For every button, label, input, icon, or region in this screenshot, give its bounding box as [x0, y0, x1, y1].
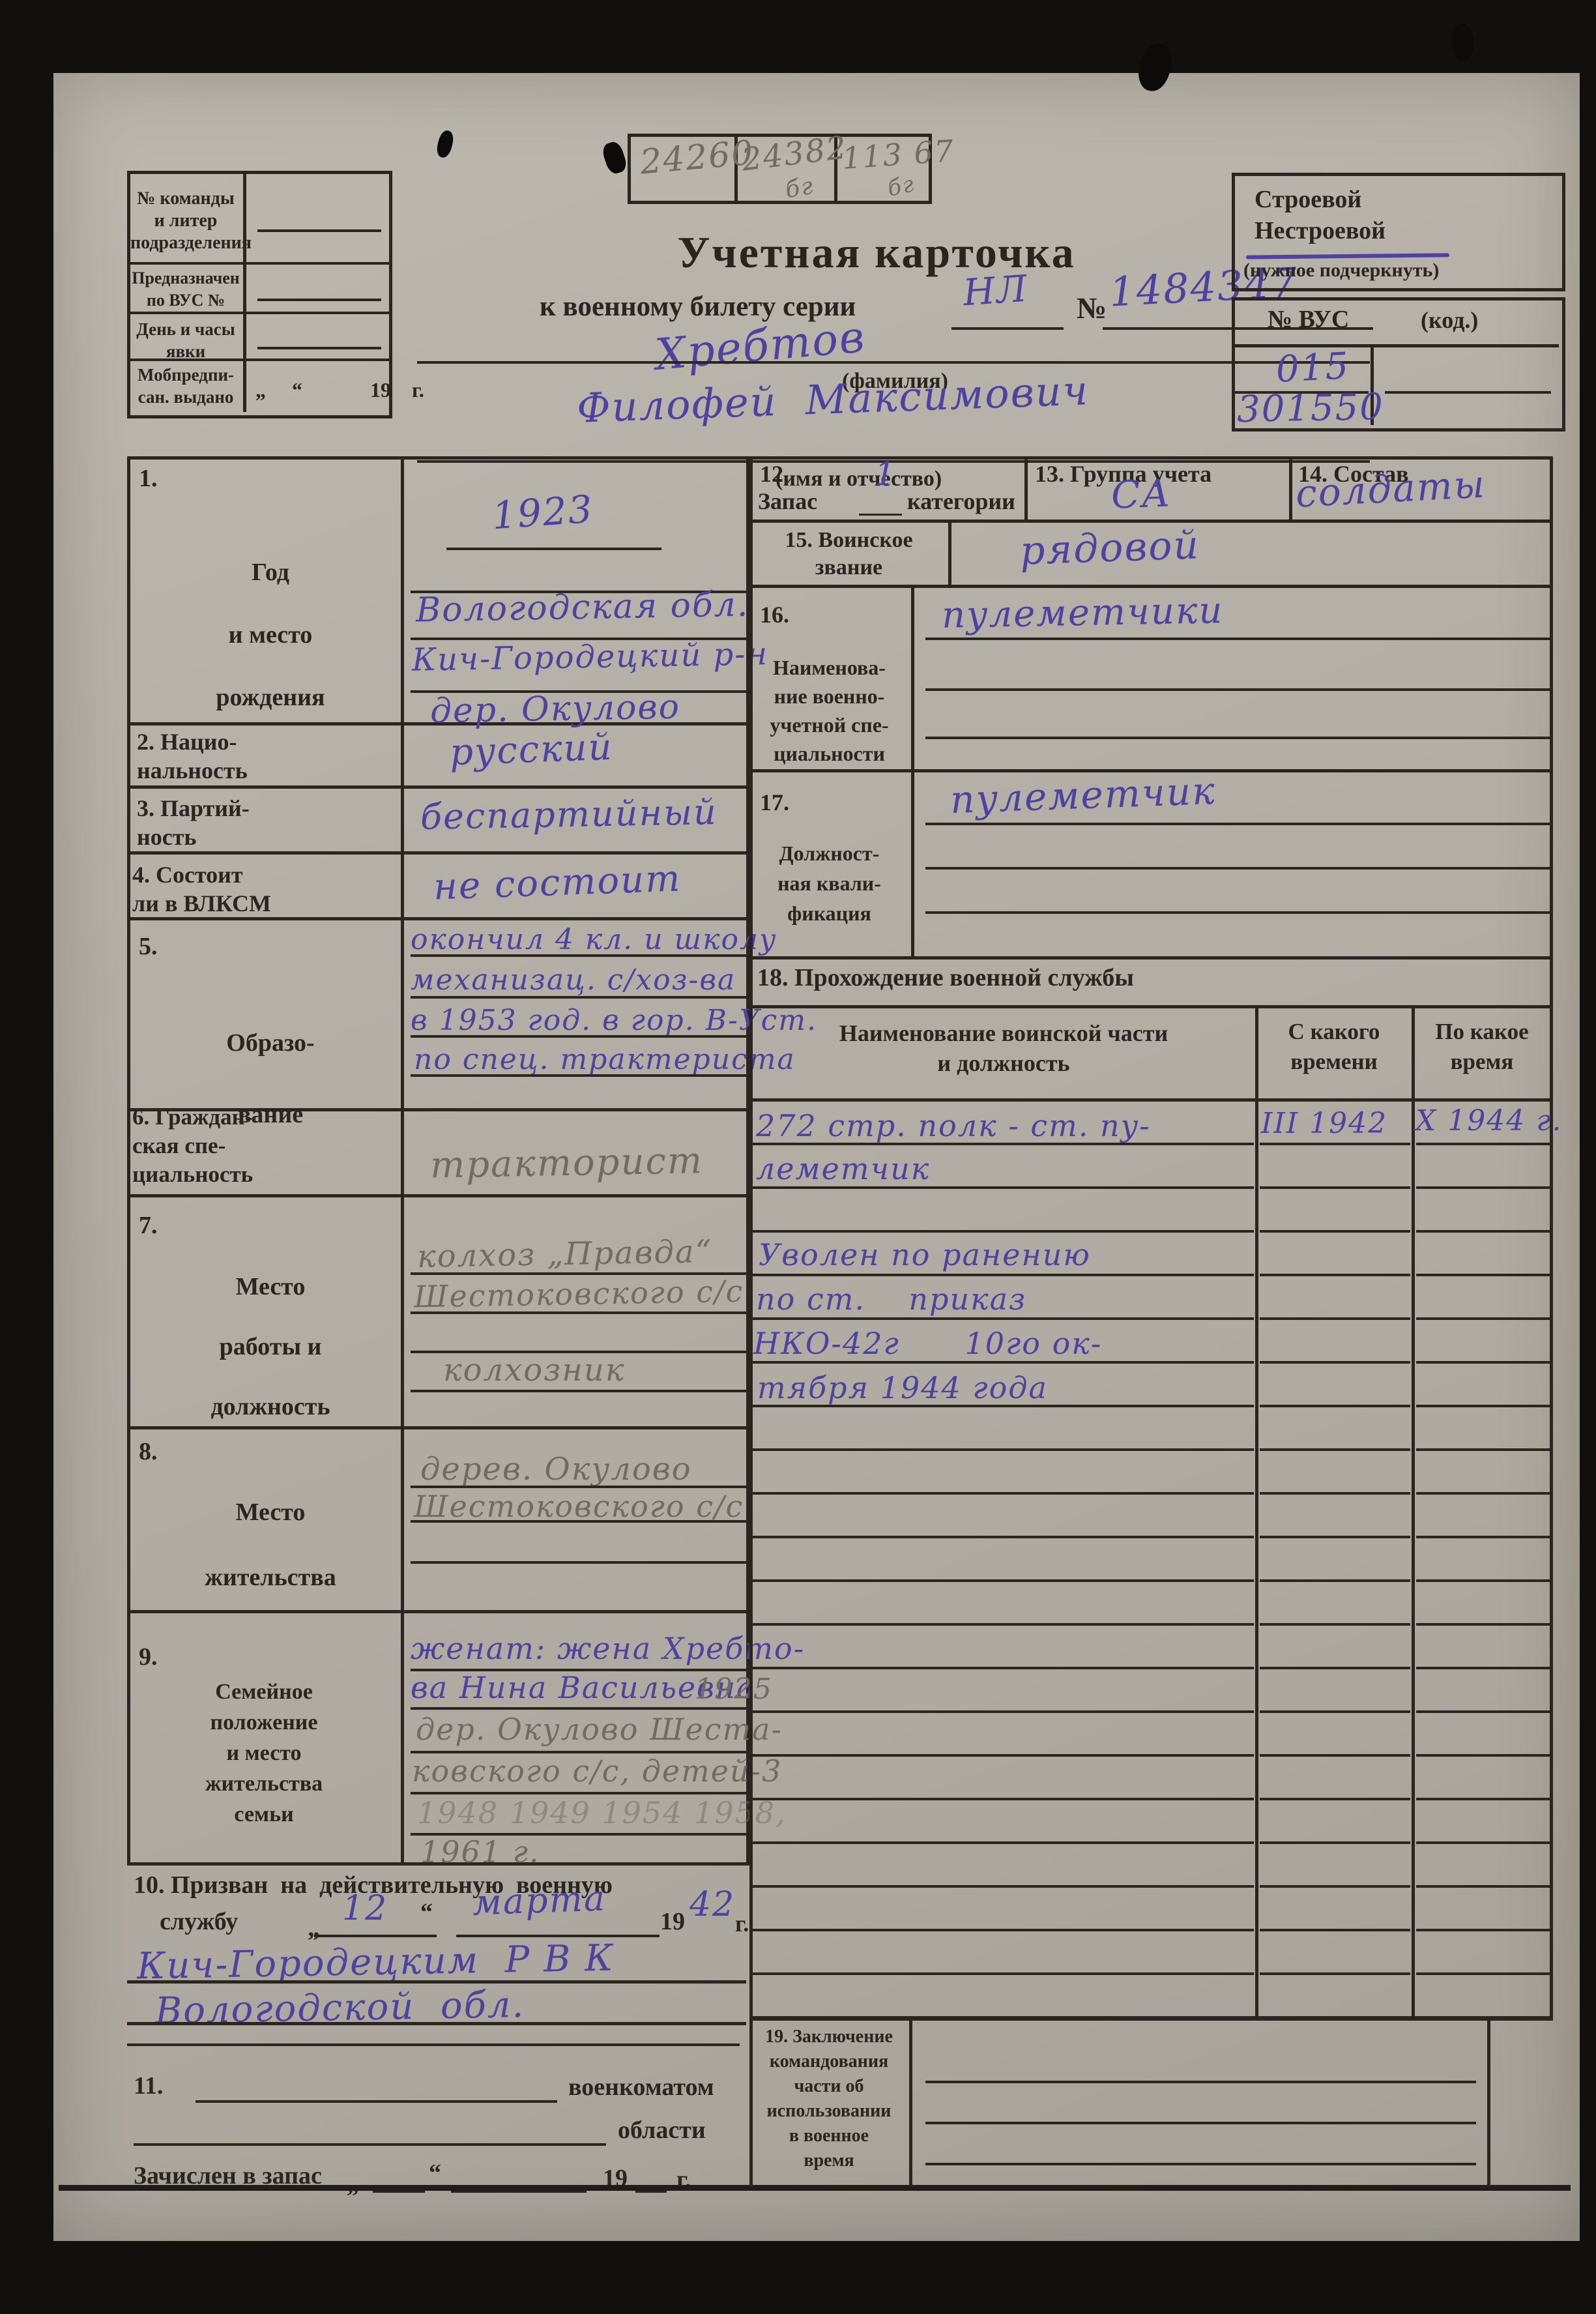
quote-close: “: [420, 1898, 433, 1927]
item15-rank-value: рядовой: [1019, 522, 1200, 574]
label-day-hours: День и часы явки: [130, 318, 241, 362]
registration-card-page: № команды и литер подразделения Предназн…: [0, 0, 1596, 2314]
item7-number: 7.: [139, 1211, 158, 1240]
quote-open: „: [347, 2169, 359, 2198]
item7-position-value: колхозник: [443, 1352, 625, 1388]
item9-children-years: 1948 1949 1954 1958,: [417, 1795, 787, 1830]
card-bottom-border: [59, 2185, 1571, 2191]
item10-month-value: марта: [472, 1877, 607, 1923]
commands-box-line: [127, 262, 389, 265]
series-blank-line: [951, 327, 1064, 330]
underline-note: (нужное подчеркнуть): [1243, 259, 1439, 282]
cell-divider: [1024, 456, 1028, 523]
item5-education-line1: окончил 4 кл. и школу: [411, 923, 777, 956]
item2-label: 2. Нацио- нальность: [137, 727, 411, 785]
discharge-line3: НКО-42г 10го ок-: [753, 1326, 1102, 1361]
blank-line: [411, 1035, 746, 1038]
item9-children-year-last: 1961 г.: [420, 1834, 540, 1869]
blank-line: [925, 2081, 1476, 2083]
mob-issued-date-blank: „ “ 19 г.: [255, 378, 424, 402]
blank-line: [411, 1707, 746, 1710]
item9-family-line4: ковского с/с, детей-3: [412, 1753, 782, 1789]
number-sign: №: [1077, 291, 1107, 325]
item9-family-line3: дер. Окулово Шеста-: [416, 1712, 783, 1747]
item17-label: Должност- ная квали- фикация: [749, 838, 909, 928]
row-border: [749, 585, 1553, 588]
item10-day-value: 12: [342, 1889, 388, 1928]
item7-workplace-line1: колхоз „Правда“: [417, 1233, 713, 1275]
blank-line: [127, 2022, 746, 2025]
item5-number: 5.: [139, 932, 158, 961]
blank-line: [127, 2043, 740, 2046]
item12-label2: категории: [907, 488, 1015, 515]
blank-line: [456, 1935, 660, 1937]
item3-label: 3. Партий- ность: [137, 794, 411, 851]
item8-residence-line2: Шестоковского с/с: [414, 1489, 744, 1524]
blank-line: [411, 1520, 746, 1523]
item9-label: Семейное положение и место жительства се…: [134, 1677, 394, 1830]
item11-voenkomat: военкоматом: [568, 2073, 714, 2102]
blank-line: [127, 1980, 746, 1984]
item8-number: 8.: [139, 1437, 158, 1466]
table-rules-col1: [751, 1102, 1254, 1976]
item16-vus-name-value: пулеметчики: [941, 589, 1224, 637]
quote-close: “: [429, 2159, 441, 2188]
blank-line: [411, 1311, 746, 1314]
combatant-option: Строевой: [1255, 185, 1361, 214]
blank-line: [411, 1486, 746, 1488]
item5-education-line4: по спец. трактериста: [414, 1043, 796, 1076]
row-border: [127, 1194, 749, 1197]
item10-year-value: 42: [689, 1885, 735, 1924]
blank-line: [925, 823, 1550, 825]
section18-title: 18. Прохождение военной службы: [757, 963, 1134, 992]
item6-label: 6. Граждан- ская спе- циальность: [132, 1103, 413, 1189]
noncombatant-option: Нестроевой: [1255, 216, 1386, 245]
table-col-divider: [1255, 1005, 1258, 2019]
row-border: [127, 785, 749, 789]
item1-label: Год и место рождения: [150, 541, 391, 729]
item7-label: Место работы и должность: [150, 1257, 391, 1437]
item16-label: Наименова- ние военно- учетной спе- циал…: [749, 653, 909, 768]
item10-year-suffix: г.: [735, 1910, 749, 1937]
discharge-line2: по ст. приказ: [756, 1281, 1026, 1317]
item13-group-value: СА: [1110, 471, 1172, 517]
blank-line: [411, 1561, 746, 1564]
item8-label: Место жительства: [150, 1480, 391, 1610]
table-rules-col3: [1416, 1102, 1550, 1976]
row-border: [127, 851, 749, 855]
vus-line: [1385, 391, 1551, 394]
label-mob-issued: Мобпредпи- сан. выдано: [129, 364, 242, 408]
blank-line: [257, 299, 381, 301]
item9-family-line1: женат: жена Хребто-: [411, 1631, 805, 1666]
table-header-unit: Наименование воинской части и должность: [756, 1018, 1251, 1078]
service-unit-line1: 272 стр. полк - ст. пу-: [756, 1108, 1151, 1143]
item12-label1: Запас: [758, 488, 817, 515]
item6-specialty-value: тракторист: [429, 1139, 703, 1186]
item7-workplace-line2: Шестоковского с/с: [414, 1274, 744, 1315]
item2-nationality-value: русский: [449, 726, 614, 774]
cell-divider: [1289, 456, 1292, 523]
item1-village-value: дер. Окулово: [430, 688, 681, 731]
category-blank: [859, 514, 902, 516]
item4-label: 4. Состоит ли в ВЛКСМ: [132, 860, 413, 918]
item1-region-value: Вологодская обл.: [416, 585, 749, 630]
page-title: Учетная карточка: [606, 227, 1147, 278]
commands-box-line: [127, 312, 389, 314]
service-to-value: X 1944 г.: [1415, 1104, 1563, 1137]
item4-vlksm-value: не состоит: [433, 857, 682, 908]
blank-line: [257, 347, 381, 349]
blank-line: [196, 2100, 557, 2103]
blank-line: [925, 688, 1550, 691]
cell-divider: [911, 769, 914, 959]
item17-qualification-value: пулеметчик: [950, 769, 1217, 822]
item11-number: 11.: [134, 2072, 163, 2100]
label-unit-number: № команды и литер подразделения: [130, 188, 241, 254]
table-col-divider: [1412, 1005, 1415, 2019]
blank-line: [411, 1792, 746, 1794]
item11-oblast: области: [618, 2116, 706, 2145]
blank-line: [411, 954, 746, 957]
discharge-line4: тября 1944 года: [757, 1370, 1048, 1405]
table-rules-col2: [1260, 1102, 1410, 1976]
blank-line: [925, 2163, 1476, 2165]
item1-number: 1.: [139, 464, 158, 493]
item5-education-line2: механизац. с/хоз-ва: [411, 963, 736, 997]
table-header-to: По какое время: [1414, 1017, 1550, 1077]
series-value: НЛ: [962, 268, 1030, 315]
item10-text2: службу: [160, 1907, 238, 1936]
item8-residence-line1: дерев. Окулово: [420, 1451, 692, 1487]
blank-line: [411, 1074, 746, 1077]
row-border: [749, 456, 1553, 460]
box19-right-border: [1487, 2016, 1490, 2187]
cell-divider: [948, 520, 951, 585]
blank-line: [446, 548, 661, 550]
box19-top-border: [749, 2016, 1553, 2021]
punch-hole-icon: [1449, 22, 1477, 63]
row-border: [749, 520, 1553, 523]
item3-party-value: беспартийный: [420, 791, 718, 838]
item16-number: 16.: [760, 601, 789, 628]
service-unit-line2: леметчик: [756, 1151, 930, 1186]
table-top-border: [749, 1005, 1553, 1008]
surname-line: [417, 361, 1370, 364]
blank-line: [411, 1390, 746, 1392]
row-border: [749, 956, 1553, 959]
blank-line: [925, 2122, 1476, 2124]
discharge-line1: Уволен по ранению: [759, 1237, 1091, 1272]
item19-label: 19. Заключение командования части об исп…: [748, 2025, 910, 2173]
blank-line: [314, 1935, 437, 1937]
item17-number: 17.: [760, 789, 789, 816]
item9-number: 9.: [139, 1643, 158, 1671]
right-outer-border: [1550, 456, 1553, 2019]
commands-box-divider: [243, 171, 246, 412]
blank-line: [925, 737, 1550, 739]
item12-number: 12.: [760, 460, 789, 488]
vus-header: № ВУС: [1268, 305, 1349, 334]
item10-year-print: 19: [660, 1907, 685, 1936]
item15-label: 15. Воинское звание: [753, 527, 945, 581]
item1-year-value: 1923: [491, 487, 595, 538]
blank-line: [134, 2143, 606, 2146]
table-header-from: С какого времени: [1259, 1017, 1409, 1077]
vus-header-line: [1232, 344, 1559, 347]
stamp-number-3-note: бг: [885, 171, 917, 202]
vus-value-2: 301550: [1236, 386, 1384, 431]
blank-line: [925, 867, 1550, 870]
blank-line: [411, 996, 746, 999]
blank-line: [925, 637, 1550, 640]
cell-divider: [911, 585, 914, 772]
vus-code-header: (код.): [1421, 306, 1478, 334]
blank-line: [257, 229, 381, 232]
stamp-number-2-note: бг: [783, 172, 817, 203]
vus-value-1: 015: [1275, 345, 1350, 391]
quote-open: „: [308, 1914, 320, 1942]
blank-line: [925, 911, 1550, 914]
label-intended-vus: Предназначен по ВУС №: [128, 267, 243, 312]
item12-category-value: 1: [875, 455, 897, 493]
item1-district-value: Кич-Городецкий р-н: [412, 636, 769, 679]
row-border: [127, 1610, 749, 1613]
service-from-value: III 1942: [1261, 1107, 1387, 1140]
